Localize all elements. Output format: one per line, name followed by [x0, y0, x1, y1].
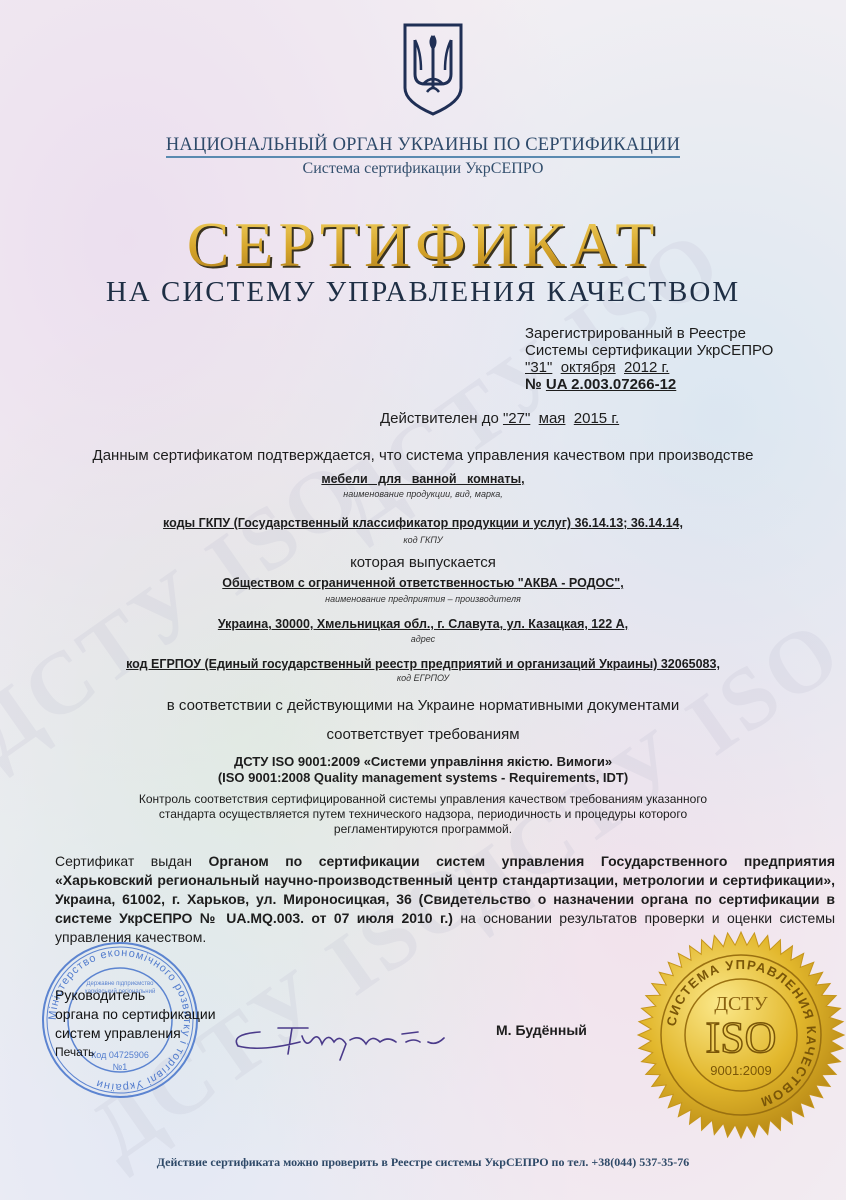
standard-ua: ДСТУ ISO 9001:2009 «Системи управління я… — [0, 754, 846, 769]
edrpou-code: код ЕГРПОУ (Единый государственный реест… — [0, 657, 846, 671]
stamp-label: Печать — [55, 1043, 216, 1062]
trident-coat-of-arms-icon — [401, 22, 465, 116]
product-name: мебели для ванной комнаты, — [0, 472, 846, 486]
certificate-title: СЕРТИФИКАТ — [0, 208, 846, 282]
meets-requirements: соответствует требованиям — [0, 726, 846, 743]
iso-gold-seal: СИСТЕМА УПРАВЛЕНИЯ КАЧЕСТВОМ ДСТУ ISO 90… — [636, 930, 846, 1140]
svg-text:9001:2009: 9001:2009 — [710, 1063, 771, 1078]
signer-name: М. Будённый — [496, 1022, 587, 1038]
gkpu-codes: коды ГКПУ (Государственный классификатор… — [0, 516, 846, 530]
certificate-subtitle: НА СИСТЕМУ УПРАВЛЕНИЯ КАЧЕСТВОМ — [0, 276, 846, 309]
company-address: Украина, 30000, Хмельницкая обл., г. Сла… — [0, 617, 846, 631]
svg-text:ДСТУ: ДСТУ — [714, 993, 768, 1015]
company-caption: наименование предприятия – производителя — [0, 594, 846, 604]
company-name: Обществом с ограниченной ответственность… — [0, 576, 846, 590]
product-caption: наименование продукции, вид, марка, — [0, 489, 846, 499]
produced-by-text: которая выпускается — [0, 554, 846, 571]
standard-iso: (ISO 9001:2008 Quality management system… — [0, 770, 846, 785]
address-caption: адрес — [0, 634, 846, 644]
valid-until: Действителен до "27" мая 2015 г. — [380, 410, 619, 427]
intro-text: Данным сертификатом подтверждается, что … — [0, 447, 846, 464]
svg-text:№1: №1 — [113, 1062, 128, 1072]
certification-system: Система сертификации УкрСЕПРО — [0, 160, 846, 178]
svg-text:ISO: ISO — [706, 1013, 777, 1062]
registration-date: "31" октября 2012 г. — [525, 359, 773, 376]
registration-number: № UA 2.003.07266-12 — [525, 376, 773, 393]
handwritten-signature — [230, 1012, 480, 1062]
edrpou-caption: код ЕГРПОУ — [0, 673, 846, 683]
registration-block: Зарегистрированный в Реестре Системы сер… — [525, 325, 773, 393]
footer-verification-note: Действие сертификата можно проверить в Р… — [0, 1155, 846, 1170]
gkpu-caption: код ГКПУ — [0, 535, 846, 545]
organization-title: НАЦИОНАЛЬНЫЙ ОРГАН УКРАИНЫ ПО СЕРТИФИКАЦ… — [0, 135, 846, 156]
signer-role: Руководитель органа по сертификации сист… — [55, 986, 216, 1062]
control-text: Контроль соответствия сертифицированной … — [0, 792, 846, 837]
compliance-text: в соответствии с действующими на Украине… — [0, 697, 846, 714]
